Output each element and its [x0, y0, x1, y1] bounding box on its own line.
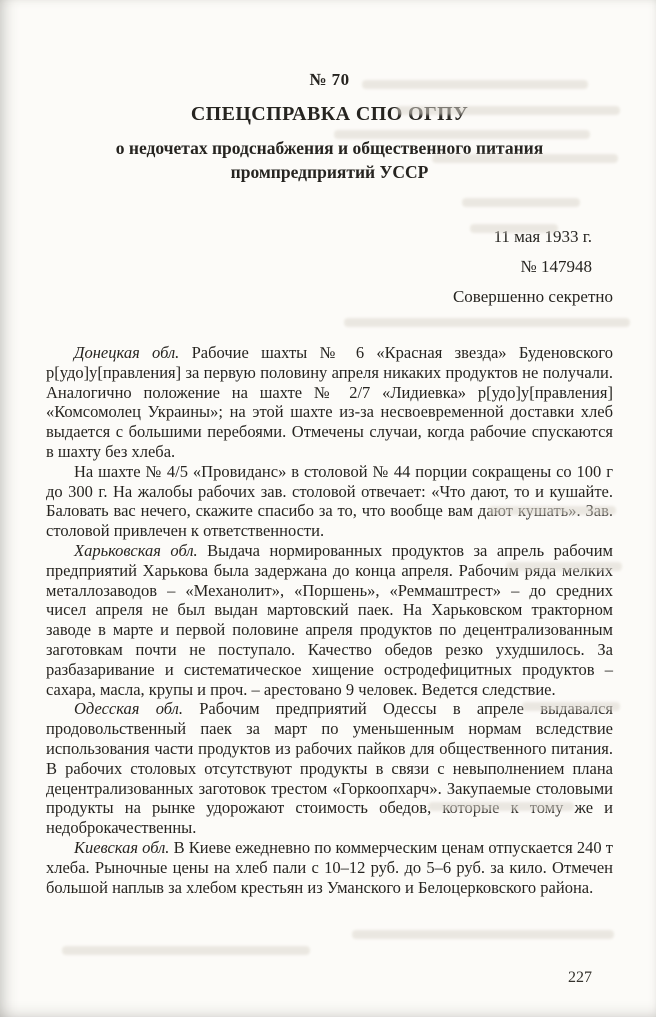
document-body: Донецкая обл. Рабочие шахты № 6 «Красная…	[46, 343, 613, 897]
paragraph: Киевская обл. В Киеве ежедневно по комме…	[46, 838, 613, 897]
page-number: 227	[568, 969, 592, 987]
doc-title: СПЕЦСПРАВКА СПО ОГПУ	[46, 101, 613, 127]
doc-ref-number: № 147948	[46, 252, 592, 282]
region-lead: Харьковская обл.	[74, 541, 198, 560]
doc-subtitle: о недочетах продснабжения и общественног…	[68, 136, 592, 184]
paragraph: Донецкая обл. Рабочие шахты № 6 «Красная…	[46, 343, 613, 462]
region-lead: Донецкая обл.	[74, 343, 179, 362]
doc-number: № 70	[46, 70, 613, 90]
paragraph: Харьковская обл. Выдача нормированных пр…	[46, 541, 613, 699]
region-lead: Киевская обл.	[74, 838, 169, 857]
classification-stamp: Совершенно секретно	[46, 282, 613, 312]
paragraph: Одесская обл. Рабочим предприятий Одессы…	[46, 699, 613, 838]
doc-date: 11 мая 1933 г.	[46, 222, 592, 252]
paragraph: На шахте № 4/5 «Провиданс» в столовой № …	[46, 462, 613, 541]
scanned-page: № 70 СПЕЦСПРАВКА СПО ОГПУ о недочетах пр…	[0, 0, 656, 1017]
doc-meta-block: 11 мая 1933 г. № 147948 Совершенно секре…	[46, 222, 613, 312]
region-lead: Одесская обл.	[74, 699, 183, 718]
